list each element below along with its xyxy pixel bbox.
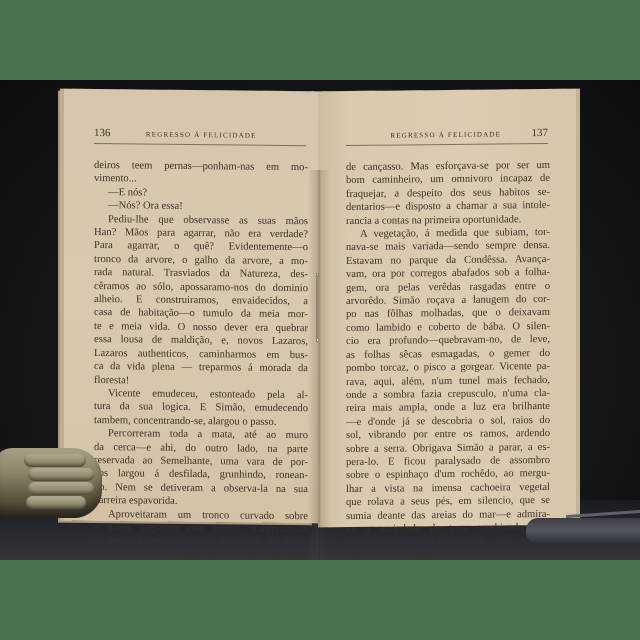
right-page-text: de cançasso. Mas esforçava-se por ser um… — [346, 159, 550, 560]
left-page-number: 136 — [94, 127, 111, 139]
finger — [28, 482, 94, 495]
finger — [24, 454, 86, 467]
right-page: REGRESSO Á FELICIDADE 137 de cançasso. M… — [318, 89, 576, 528]
top-border-band — [0, 0, 640, 80]
right-page-number: 137 — [531, 127, 548, 139]
finger — [28, 468, 94, 481]
left-page-header: 136 REGRESSO Á FELICIDADE — [94, 127, 306, 146]
brass-hand-bookend — [0, 448, 102, 518]
letter-opener-handle — [526, 518, 640, 544]
binding-stitch — [316, 338, 319, 342]
right-running-head: REGRESSO Á FELICIDADE — [390, 130, 501, 139]
binding-thread — [316, 275, 318, 339]
book-photo: 136 REGRESSO Á FELICIDADE deiros teem pe… — [0, 80, 640, 560]
left-page-text: deiros teem pernas—ponham-nas em mo- vim… — [94, 159, 308, 560]
right-page-header: REGRESSO Á FELICIDADE 137 — [346, 127, 548, 146]
left-page: 136 REGRESSO Á FELICIDADE deiros teem pe… — [64, 89, 318, 524]
finger — [26, 496, 86, 509]
book-gutter — [308, 170, 330, 560]
text-line: serrate. Vicente arquejava, a suar, derr… — [94, 548, 308, 560]
text-line: ptos, o verde negro dos pinheiros, o ver… — [346, 548, 550, 560]
left-running-head: REGRESSO Á FELICIDADE — [146, 131, 257, 140]
bottom-border-band — [0, 560, 640, 640]
